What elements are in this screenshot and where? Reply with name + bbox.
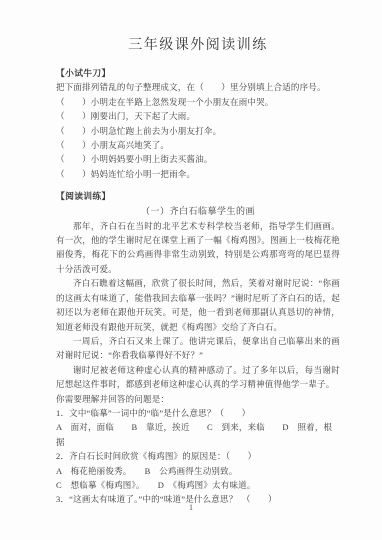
sentence-item: （ ）妈妈连忙给小明一把雨伞。 [56,167,340,181]
question-2-options-cd: C 想临摹《梅鸡图》。 D 《梅鸡图》太有味道。 [56,478,340,492]
passage-paragraph: 齐白石瞧着这幅画，欣赏了很长时间，然后，笑着对谢时尼说：“你画的这画太有味道了，… [56,276,340,334]
reading-section-header: 【阅读训练】 [56,189,340,203]
warmup-section: 【小试牛刀】 把下面排列错乱的句子整理成文，在（ ）里分别填上合适的序号。 （ … [56,66,340,181]
document-page: 三年级课外阅读训练 【小试牛刀】 把下面排列错乱的句子整理成文，在（ ）里分别填… [0,0,382,540]
sentence-item: （ ）小明妈妈要小明上街去买酱油。 [56,152,340,166]
page-content: 三年级课外阅读训练 【小试牛刀】 把下面排列错乱的句子整理成文，在（ ）里分别填… [0,0,382,507]
warmup-section-header: 【小试牛刀】 [56,66,340,80]
page-number: 1 [0,503,382,512]
passage-title: （一）齐白石临摹学生的画 [56,204,340,219]
sentence-item: （ ）刚要出门，天下起了大雨。 [56,109,340,123]
sentence-item: （ ）小明急忙跑上前去为小朋友打伞。 [56,124,340,138]
question-1-options: A 面对，面临 B 靠近，挨近 C 到来，来临 D 照着，根据 [56,420,340,449]
passage-paragraph: 谢时尼被老师这种虚心认真的精神感动了。过了多年以后，每当谢时尼想起这件事时，都感… [56,363,340,392]
document-title: 三年级课外阅读训练 [56,36,340,56]
question-2-options-ab: A 梅花艳丽俊秀。 B 公鸡画得生动别致。 [56,464,340,478]
question-2-stem: 2．齐白石长时间欣赏《梅鸡图》的原因是：（ ） [56,449,340,463]
reading-section: 【阅读训练】 （一）齐白石临摹学生的画 那年，齐白石在当时的北平艺术专科学校当老… [56,189,340,507]
passage-paragraph: 那年，齐白石在当时的北平艺术专科学校当老师，指导学生们画画。有一次，他的学生谢时… [56,219,340,277]
questions-intro: 你需要理解并回答的问题是： [56,392,340,406]
sentence-item: （ ）小明走在半路上忽然发现一个小朋友在雨中哭。 [56,95,340,109]
warmup-instruction: 把下面排列错乱的句子整理成文，在（ ）里分别填上合适的序号。 [56,80,340,94]
sentence-item: （ ）小朋友高兴地笑了。 [56,138,340,152]
question-1-stem: 1．文中“临摹”一词中的“临”是什么意思？（ ） [56,406,340,420]
passage-paragraph: 一周后，齐白石又来上课了。他讲完课后，便拿出自己临摹出来的画对谢时尼说：“你看我… [56,334,340,363]
